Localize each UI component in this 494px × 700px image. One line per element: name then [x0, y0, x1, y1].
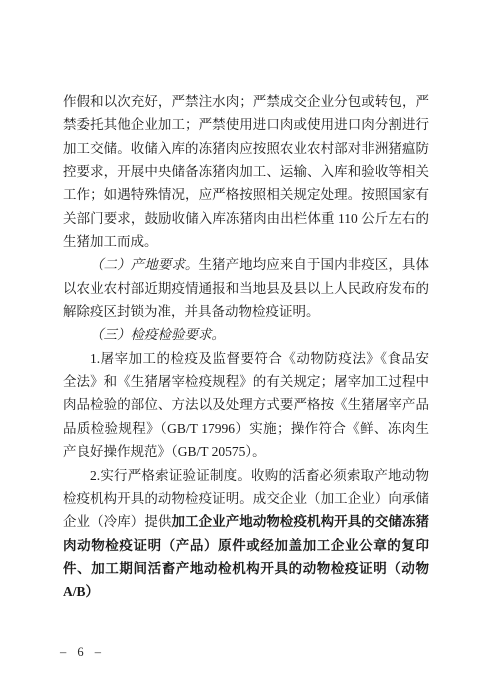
paragraph-quarantine-heading: （三）检疫检验要求。: [63, 323, 429, 346]
paragraph-text: 1.屠宰加工的检疫及监督要符合《动物防疫法》《食品安全法》和《生猪屠宰检疫规程》…: [63, 351, 429, 459]
paragraph-origin-requirements: （二）产地要求。生猪产地均应来自于国内非疫区，具体以农业农村部近期疫情通报和当地…: [63, 253, 429, 323]
section-heading-text: （二）产地要求。: [90, 257, 199, 272]
paragraph-continuation: 作假和以次充好，严禁注水肉；严禁成交企业分包或转包，严禁委托其他企业加工；严禁使…: [63, 90, 429, 253]
paragraph-text: 作假和以次充好，严禁注水肉；严禁成交企业分包或转包，严禁委托其他企业加工；严禁使…: [63, 94, 429, 249]
page-number: – 6 –: [60, 645, 105, 660]
document-page: 作假和以次充好，严禁注水肉；严禁成交企业分包或转包，严禁委托其他企业加工；严禁使…: [0, 0, 494, 700]
paragraph-certificate-system: 2.实行严格索证验证制度。收购的活畜必须索取产地动物检疫机构开具的动物检疫证明。…: [63, 464, 429, 604]
section-heading-text: （三）检疫检验要求。: [90, 327, 225, 342]
paragraph-slaughter-inspection: 1.屠宰加工的检疫及监督要符合《动物防疫法》《食品安全法》和《生猪屠宰检疫规程》…: [63, 347, 429, 464]
page-body-text: 作假和以次充好，严禁注水肉；严禁成交企业分包或转包，严禁委托其他企业加工；严禁使…: [63, 90, 429, 604]
